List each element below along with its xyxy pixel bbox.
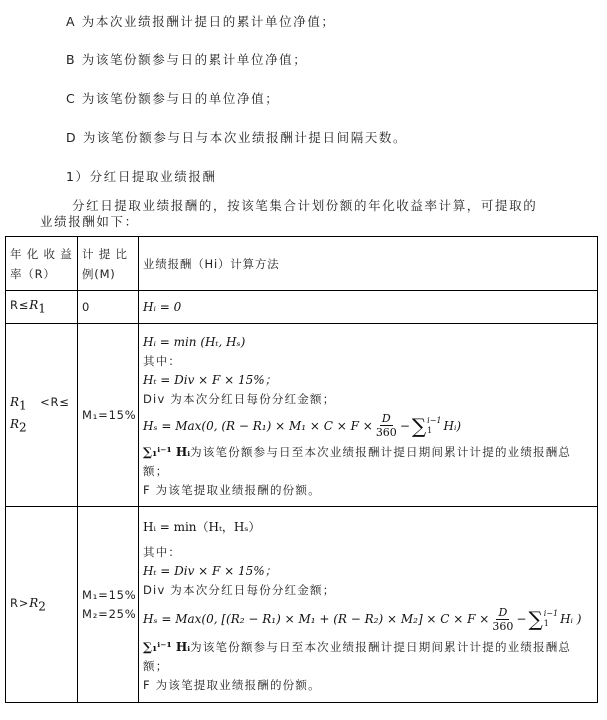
formula-hs: Hₛ = Max(0, (R − R₁) × M₁ × C × F × D360… bbox=[143, 409, 593, 443]
definition-label: B bbox=[66, 52, 76, 67]
sum-lower: 1 bbox=[427, 426, 441, 436]
formula-min: Hᵢ = min（Hₜ，Hₛ） bbox=[143, 518, 593, 537]
sum-lower: 1 bbox=[544, 619, 558, 629]
where-label: 其中： bbox=[143, 543, 593, 562]
rate-text: <R≤ bbox=[40, 395, 70, 409]
definition-b: B 为该笔份额参与日的累计单位净值； bbox=[66, 50, 307, 68]
sum-description-cont: 额； bbox=[143, 657, 593, 676]
definition-text: 为该笔份额参与日的单位净值； bbox=[82, 91, 279, 106]
table-row: R>R2 M₁=15% M₂=25% Hᵢ = min（Hₜ，Hₛ） 其中： H… bbox=[6, 507, 598, 703]
table-header-row: 年 化 收 益 率（R） 计 提 比 例(M) 业绩报酬（Hi）计算方法 bbox=[6, 237, 598, 291]
rate-cell: R≤R1 bbox=[6, 291, 78, 324]
sum-desc-text: 为该笔份额参与日至本次业绩报酬计提日期间累计计提的业绩报酬总 bbox=[190, 640, 571, 654]
div-description: Div 为本次分红日每份分红金额； bbox=[143, 390, 593, 409]
header-method: 业绩报酬（Hi）计算方法 bbox=[139, 237, 598, 291]
method-cell: Hᵢ = min (Hₜ, Hₛ) 其中： Hₜ = Div × F × 15%… bbox=[139, 324, 598, 507]
formula-hs-suffix: Hᵢ ) bbox=[560, 612, 581, 626]
rate-sub: 1 bbox=[38, 302, 46, 316]
definition-label: A bbox=[66, 14, 76, 29]
intro-paragraph-line2: 业绩报酬如下： bbox=[40, 214, 139, 230]
definition-text: 为该笔份额参与日与本次业绩报酬计提日间隔天数。 bbox=[83, 130, 407, 145]
formula-hs-suffix: Hᵢ) bbox=[444, 419, 462, 433]
table-row: R≤R1 0 Hᵢ = 0 bbox=[6, 291, 598, 324]
summation-icon: ∑i−11 bbox=[528, 609, 558, 629]
definition-c: C 为该笔份额参与日的单位净值； bbox=[66, 89, 279, 107]
where-label: 其中： bbox=[143, 352, 593, 371]
definition-text: 为本次业绩报酬计提日的累计单位净值； bbox=[82, 14, 336, 29]
rate-cell: R1 <R≤ R2 bbox=[6, 324, 78, 507]
intro-paragraph-line1: 分红日提取业绩报酬的，按该笔集合计划份额的年化收益率计算，可提取的 bbox=[72, 198, 537, 214]
rate-sub: 2 bbox=[38, 599, 46, 613]
summation-icon: ∑i−11 bbox=[412, 416, 442, 436]
div-description: Div 为本次分红日每份分红金额； bbox=[143, 581, 593, 600]
sum-symbol: ∑₁ⁱ⁻¹ Hᵢ bbox=[143, 445, 190, 459]
formula-hs-prefix: Hₛ = Max(0, (R − R₁) × M₁ × C × F × bbox=[143, 419, 373, 433]
formula-ht: Hₜ = Div × F × 15%； bbox=[143, 562, 593, 581]
header-ratio: 计 提 比 例(M) bbox=[78, 237, 139, 291]
table-row: R1 <R≤ R2 M₁=15% Hᵢ = min (Hₜ, Hₛ) 其中： H… bbox=[6, 324, 598, 507]
sum-description: ∑₁ⁱ⁻¹ Hᵢ为该笔份额参与日至本次业绩报酬计提日期间累计计提的业绩报酬总 bbox=[143, 443, 593, 462]
ratio-m2: M₂=25% bbox=[82, 605, 134, 624]
rate-var: R bbox=[10, 395, 19, 409]
sum-description-cont: 额； bbox=[143, 462, 593, 481]
formula-hs: Hₛ = Max(0, [(R₂ − R₁) × M₁ + (R − R₂) ×… bbox=[143, 600, 593, 638]
fraction-denominator: 360 bbox=[492, 620, 513, 633]
fraction-denominator: 360 bbox=[376, 426, 397, 439]
performance-fee-table: 年 化 收 益 率（R） 计 提 比 例(M) 业绩报酬（Hi）计算方法 R≤R… bbox=[5, 236, 598, 703]
formula-min: Hᵢ = min (Hₜ, Hₛ) bbox=[143, 333, 593, 352]
definition-label: C bbox=[66, 91, 76, 106]
rate-text: R≤ bbox=[10, 298, 29, 312]
definition-a: A 为本次业绩报酬计提日的累计单位净值； bbox=[66, 12, 336, 30]
f-description: F 为该笔提取业绩报酬的份额。 bbox=[143, 676, 593, 695]
minus-sign: − bbox=[400, 419, 410, 433]
method-cell: Hᵢ = min（Hₜ，Hₛ） 其中： Hₜ = Div × F × 15%； … bbox=[139, 507, 598, 703]
sum-desc-text: 为该笔份额参与日至本次业绩报酬计提日期间累计计提的业绩报酬总 bbox=[190, 445, 571, 459]
header-text: 计 提 比 bbox=[82, 244, 134, 264]
formula: Hᵢ = 0 bbox=[143, 300, 181, 314]
rate-sub: 1 bbox=[19, 398, 27, 412]
formula-hs-prefix: Hₛ = Max(0, [(R₂ − R₁) × M₁ + (R − R₂) ×… bbox=[143, 612, 489, 626]
fraction: D360 bbox=[376, 412, 397, 439]
fraction-numerator: D bbox=[496, 606, 509, 620]
formula-ht: Hₜ = Div × F × 15%； bbox=[143, 371, 593, 390]
f-description: F 为该笔提取业绩报酬的份额。 bbox=[143, 481, 593, 500]
definition-d: D 为该笔份额参与日与本次业绩报酬计提日间隔天数。 bbox=[66, 128, 407, 146]
method-cell: Hᵢ = 0 bbox=[139, 291, 598, 324]
ratio-cell: M₁=15% M₂=25% bbox=[78, 507, 139, 703]
sum-symbol: ∑₁ⁱ⁻¹ Hᵢ bbox=[143, 640, 190, 654]
rate-text: R> bbox=[10, 596, 29, 610]
rate-var: R bbox=[10, 417, 19, 431]
fraction: D360 bbox=[492, 606, 513, 633]
ratio-cell: M₁=15% bbox=[78, 324, 139, 507]
sum-upper: i−1 bbox=[544, 609, 558, 619]
header-text: 例(M) bbox=[82, 264, 134, 284]
ratio-m1: M₁=15% bbox=[82, 586, 134, 605]
ratio-cell: 0 bbox=[78, 291, 139, 324]
section-heading: 1）分红日提取业绩报酬 bbox=[66, 167, 217, 185]
sum-description: ∑₁ⁱ⁻¹ Hᵢ为该笔份额参与日至本次业绩报酬计提日期间累计计提的业绩报酬总 bbox=[143, 638, 593, 657]
header-text: 业绩报酬（Hi）计算方法 bbox=[143, 257, 279, 271]
sum-upper: i−1 bbox=[427, 416, 441, 426]
rate-var: R bbox=[29, 596, 38, 610]
definition-label: D bbox=[66, 130, 77, 145]
rate-cell: R>R2 bbox=[6, 507, 78, 703]
header-annual-return: 年 化 收 益 率（R） bbox=[6, 237, 78, 291]
fraction-numerator: D bbox=[380, 412, 393, 426]
definition-text: 为该笔份额参与日的累计单位净值； bbox=[82, 52, 308, 67]
header-text: 年 化 收 益 bbox=[10, 244, 73, 264]
header-text: 率（R） bbox=[10, 264, 73, 284]
minus-sign: − bbox=[516, 612, 526, 626]
rate-sub: 2 bbox=[19, 420, 27, 434]
rate-var: R bbox=[29, 298, 38, 312]
